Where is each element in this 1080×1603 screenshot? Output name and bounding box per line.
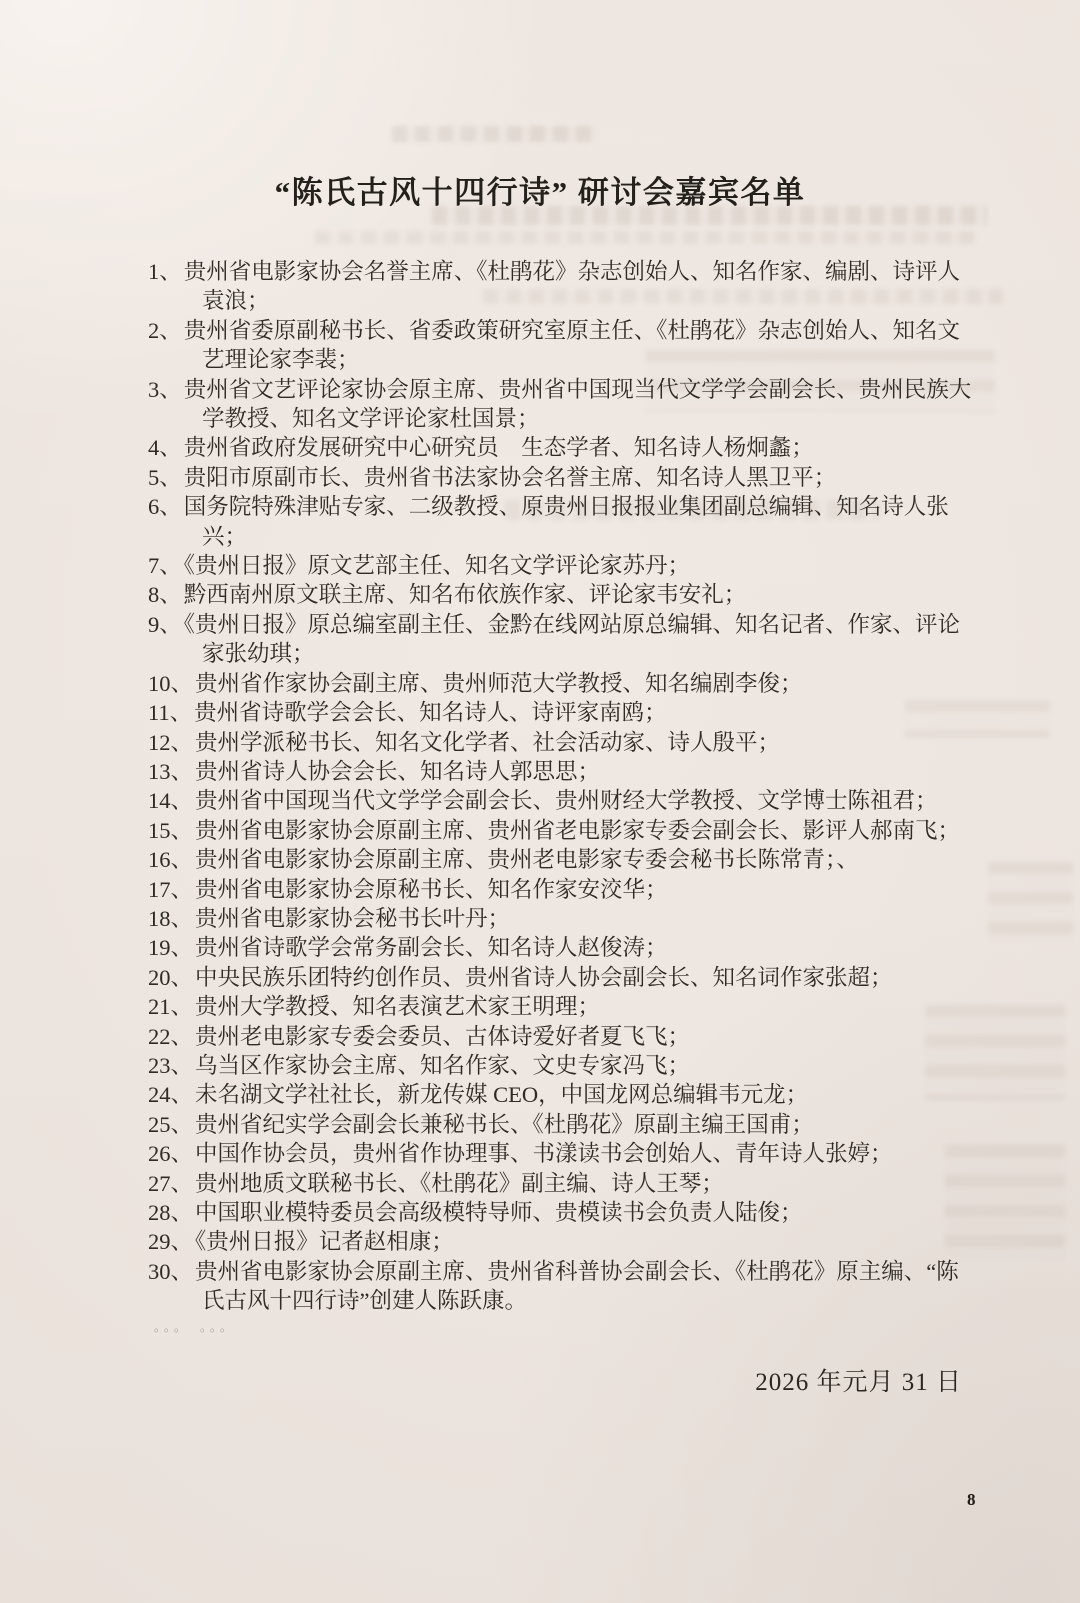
item-number: 22、	[148, 1024, 195, 1049]
item-number: 1、	[148, 259, 184, 284]
item-text: 乌当区作家协会主席、知名作家、文史专家冯飞；	[195, 1053, 690, 1078]
item-text: 贵州省作家协会副主席、贵州师范大学教授、知名编剧李俊；	[195, 671, 803, 696]
item-text: 黔西南州原文联主席、知名布依族作家、评论家韦安礼；	[184, 582, 747, 607]
item-number: 9、	[148, 612, 184, 637]
list-item: 3、贵州省文艺评论家协会原主席、贵州省中国现当代文学学会副会长、贵州民族大学教授…	[148, 375, 976, 434]
item-text: 贵州省电影家协会原副主席、贵州省老电影家专委会副会长、影评人郝南飞；	[195, 818, 960, 843]
item-text: 贵州省委原副秘书长、省委政策研究室原主任、《杜鹃花》杂志创始人、知名文艺理论家李…	[184, 318, 960, 372]
list-item: 9、《贵州日报》原总编室副主任、金黔在线网站原总编辑、知名记者、作家、评论家张幼…	[148, 610, 976, 669]
item-text: 贵州省诗歌学会常务副会长、知名诗人赵俊涛；	[195, 935, 668, 960]
page-number: 8	[967, 1490, 976, 1510]
list-item: 22、贵州老电影家专委会委员、古体诗爱好者夏飞飞；	[148, 1022, 976, 1051]
item-number: 15、	[148, 818, 195, 843]
item-text: 《贵州日报》原文艺部主任、知名文学评论家苏丹；	[184, 553, 690, 578]
document-title: “陈氏古风十四行诗” 研讨会嘉宾名单	[0, 167, 1080, 212]
list-item: 6、国务院特殊津贴专家、二级教授、原贵州日报报业集团副总编辑、知名诗人张兴；	[148, 492, 976, 551]
item-text: 贵阳市原副市长、贵州省书法家协会名誉主席、知名诗人黑卫平；	[184, 465, 837, 490]
list-item: 5、贵阳市原副市长、贵州省书法家协会名誉主席、知名诗人黑卫平；	[148, 463, 976, 492]
item-text: 中国职业模特委员会高级模特导师、贵模读书会负责人陆俊；	[195, 1200, 803, 1225]
item-number: 2、	[148, 318, 184, 343]
item-number: 12、	[148, 730, 195, 755]
item-number: 23、	[148, 1053, 195, 1078]
list-item: 21、贵州大学教授、知名表演艺术家王明理；	[148, 992, 976, 1021]
item-number: 8、	[148, 582, 184, 607]
list-item: 4、贵州省政府发展研究中心研究员 生态学者、知名诗人杨炯蠡；	[148, 433, 976, 462]
item-number: 24、	[148, 1082, 195, 1107]
document-date: 2026 年元月 31 日	[0, 1362, 962, 1398]
item-text: 未名湖文学社社长，新龙传媒 CEO，中国龙网总编辑韦元龙；	[195, 1082, 808, 1107]
list-item: 14、贵州省中国现当代文学学会副会长、贵州财经大学教授、文学博士陈祖君；	[148, 786, 976, 815]
list-item: 16、贵州省电影家协会原副主席、贵州老电影家专委会秘书长陈常青；、	[148, 845, 976, 874]
list-item: 1、贵州省电影家协会名誉主席、《杜鹃花》杂志创始人、知名作家、编剧、诗评人袁浪；	[148, 257, 976, 316]
list-item: 11、贵州省诗歌学会会长、知名诗人、诗评家南鸥；	[148, 698, 976, 727]
item-number: 7、	[148, 553, 184, 578]
list-item: 28、中国职业模特委员会高级模特导师、贵模读书会负责人陆俊；	[148, 1198, 976, 1227]
list-item: 29、《贵州日报》记者赵相康；	[148, 1227, 976, 1256]
item-number: 10、	[148, 671, 195, 696]
item-text: 贵州省电影家协会原副主席、贵州省科普协会副会长、《杜鹃花》原主编、“陈氏古风十四…	[195, 1259, 959, 1313]
list-item: 24、未名湖文学社社长，新龙传媒 CEO，中国龙网总编辑韦元龙；	[148, 1080, 976, 1109]
item-number: 27、	[148, 1171, 195, 1196]
item-text: 《贵州日报》记者赵相康；	[195, 1229, 454, 1254]
list-item: 7、《贵州日报》原文艺部主任、知名文学评论家苏丹；	[148, 551, 976, 580]
item-text: 贵州省电影家协会名誉主席、《杜鹃花》杂志创始人、知名作家、编剧、诗评人袁浪；	[184, 259, 960, 313]
list-item: 26、中国作协会员，贵州省作协理事、书漾读书会创始人、青年诗人张婷；	[148, 1139, 976, 1168]
item-number: 11、	[148, 700, 194, 725]
item-number: 26、	[148, 1141, 195, 1166]
item-number: 29、	[148, 1229, 195, 1254]
list-item: 23、乌当区作家协会主席、知名作家、文史专家冯飞；	[148, 1051, 976, 1080]
item-text: 贵州省电影家协会秘书长叶丹；	[195, 906, 510, 931]
item-text: 中国作协会员，贵州省作协理事、书漾读书会创始人、青年诗人张婷；	[195, 1141, 893, 1166]
item-text: 中央民族乐团特约创作员、贵州省诗人协会副会长、知名词作家张超；	[195, 965, 893, 990]
item-text: 贵州省中国现当代文学学会副会长、贵州财经大学教授、文学博士陈祖君；	[195, 788, 938, 813]
item-number: 28、	[148, 1200, 195, 1225]
list-item: 10、贵州省作家协会副主席、贵州师范大学教授、知名编剧李俊；	[148, 669, 976, 698]
item-number: 19、	[148, 935, 195, 960]
item-number: 21、	[148, 994, 195, 1019]
bleed-through-smudge	[392, 126, 597, 142]
list-item: 12、贵州学派秘书长、知名文化学者、社会活动家、诗人殷平；	[148, 728, 976, 757]
list-item: 19、贵州省诗歌学会常务副会长、知名诗人赵俊涛；	[148, 933, 976, 962]
item-number: 30、	[148, 1259, 195, 1284]
item-text: 贵州大学教授、知名表演艺术家王明理；	[195, 994, 600, 1019]
item-number: 20、	[148, 965, 195, 990]
item-text: 贵州省政府发展研究中心研究员 生态学者、知名诗人杨炯蠡；	[184, 435, 814, 460]
bleed-through-smudge	[988, 862, 1073, 942]
item-text: 贵州省文艺评论家协会原主席、贵州省中国现当代文学学会副会长、贵州民族大学教授、知…	[184, 377, 972, 431]
list-item: 25、贵州省纪实学会副会长兼秘书长、《杜鹃花》原副主编王国甫；	[148, 1110, 976, 1139]
stray-ink-marks: 。。。 。。。	[154, 1318, 236, 1335]
list-item: 20、中央民族乐团特约创作员、贵州省诗人协会副会长、知名词作家张超；	[148, 963, 976, 992]
item-number: 6、	[148, 494, 184, 519]
list-item: 27、贵州地质文联秘书长、《杜鹃花》副主编、诗人王琴；	[148, 1169, 976, 1198]
item-text: 贵州老电影家专委会委员、古体诗爱好者夏飞飞；	[195, 1024, 690, 1049]
item-number: 4、	[148, 435, 184, 460]
list-item: 30、贵州省电影家协会原副主席、贵州省科普协会副会长、《杜鹃花》原主编、“陈氏古…	[148, 1257, 976, 1316]
item-number: 25、	[148, 1112, 195, 1137]
item-text: 贵州学派秘书长、知名文化学者、社会活动家、诗人殷平；	[195, 730, 780, 755]
item-text: 《贵州日报》原总编室副主任、金黔在线网站原总编辑、知名记者、作家、评论家张幼琪；	[184, 612, 960, 666]
list-item: 8、黔西南州原文联主席、知名布依族作家、评论家韦安礼；	[148, 580, 976, 609]
list-item: 18、贵州省电影家协会秘书长叶丹；	[148, 904, 976, 933]
item-number: 18、	[148, 906, 195, 931]
item-number: 17、	[148, 877, 195, 902]
item-text: 贵州省电影家协会原秘书长、知名作家安洨华；	[195, 877, 668, 902]
item-text: 贵州省电影家协会原副主席、贵州老电影家专委会秘书长陈常青；、	[195, 847, 859, 872]
bleed-through-smudge	[315, 231, 975, 244]
item-number: 16、	[148, 847, 195, 872]
guest-list: 1、贵州省电影家协会名誉主席、《杜鹃花》杂志创始人、知名作家、编剧、诗评人袁浪；…	[148, 257, 976, 1316]
item-text: 贵州省纪实学会副会长兼秘书长、《杜鹃花》原副主编王国甫；	[195, 1112, 814, 1137]
item-text: 贵州地质文联秘书长、《杜鹃花》副主编、诗人王琴；	[195, 1171, 724, 1196]
list-item: 13、贵州省诗人协会会长、知名诗人郭思思；	[148, 757, 976, 786]
item-number: 13、	[148, 759, 195, 784]
scanned-document-page: “陈氏古风十四行诗” 研讨会嘉宾名单 1、贵州省电影家协会名誉主席、《杜鹃花》杂…	[0, 0, 1080, 1603]
list-item: 15、贵州省电影家协会原副主席、贵州省老电影家专委会副会长、影评人郝南飞；	[148, 816, 976, 845]
item-number: 3、	[148, 377, 184, 402]
item-text: 贵州省诗人协会会长、知名诗人郭思思；	[195, 759, 600, 784]
item-number: 5、	[148, 465, 184, 490]
list-item: 17、贵州省电影家协会原秘书长、知名作家安洨华；	[148, 875, 976, 904]
item-text: 国务院特殊津贴专家、二级教授、原贵州日报报业集团副总编辑、知名诗人张兴；	[184, 494, 949, 548]
item-number: 14、	[148, 788, 195, 813]
item-text: 贵州省诗歌学会会长、知名诗人、诗评家南鸥；	[194, 700, 667, 725]
list-item: 2、贵州省委原副秘书长、省委政策研究室原主任、《杜鹃花》杂志创始人、知名文艺理论…	[148, 316, 976, 375]
